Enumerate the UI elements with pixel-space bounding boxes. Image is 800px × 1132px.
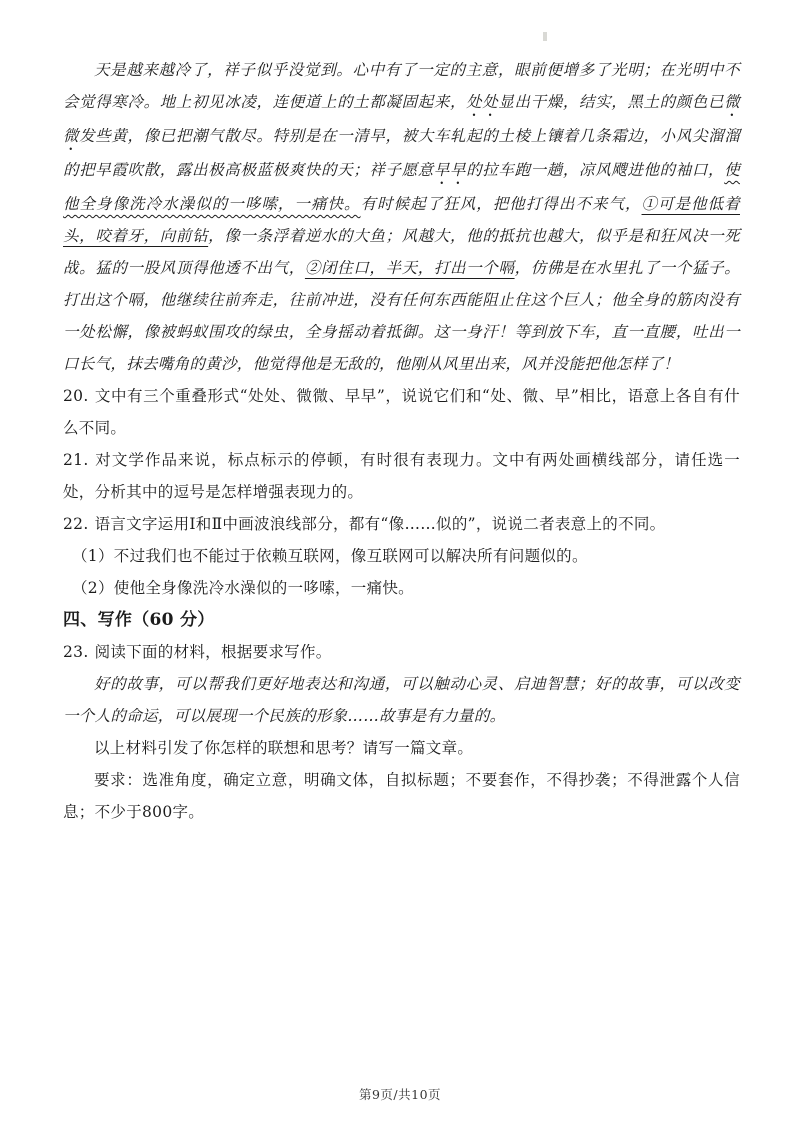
question-21: 21.对文学作品来说，标点标示的停顿，有时很有表现力。文中有两处画横线部分，请任…	[63, 444, 740, 508]
question-20-number: 20.	[63, 387, 95, 405]
passage-segment-dots: 处处	[466, 93, 498, 111]
page-number-footer: 第9页/共10页	[0, 1085, 800, 1103]
passage-paragraph: 天是越来越冷了，祥子似乎没觉到。心中有了一定的主意，眼前便增多了光明；在光明中不…	[63, 54, 740, 380]
question-22: 22.语言文字运用Ⅰ和Ⅱ中画波浪线部分，都有“像……似的”，说说二者表意上的不同…	[63, 508, 740, 540]
passage-segment-plain: 显出干燥，结实，黑土的颜色已	[498, 93, 724, 111]
writing-question: 以上材料引发了你怎样的联想和思考？请写一篇文章。	[63, 732, 740, 764]
question-22-subitem-2: （2）使他全身像洗冷水澡似的一哆嗦，一痛快。	[63, 572, 740, 604]
question-21-number: 21.	[63, 451, 95, 469]
question-23-text: 阅读下面的材料，根据要求写作。	[95, 643, 332, 661]
question-22-number: 22.	[63, 515, 95, 533]
question-22-subitem-1-label: （1）	[72, 547, 114, 565]
question-23: 23.阅读下面的材料，根据要求写作。	[63, 636, 740, 668]
passage-segment-plain: 的拉车跑一趟，凉风飕进他的袖口，	[466, 161, 724, 179]
passage-segment-underline: ②闭住口，半天，打出一个嗝	[305, 259, 515, 277]
section-header-writing: 四、写作（60 分）	[63, 604, 740, 636]
exam-paper-page: 天是越来越冷了，祥子似乎没觉到。心中有了一定的主意，眼前便增多了光明；在光明中不…	[0, 0, 800, 1132]
passage-segment-plain: 有时候起了狂风，把他打得出不来气，	[361, 195, 642, 213]
question-22-subitem-2-label: （2）	[72, 579, 114, 597]
question-20: 20.文中有三个重叠形式“处处、微微、早早”，说说它们和“处、微、早”相比，语意…	[63, 380, 740, 444]
scan-artifact-mark	[543, 32, 547, 41]
passage-segment-dots: 早早	[434, 161, 466, 179]
question-23-number: 23.	[63, 643, 95, 661]
question-22-subitem-1-text: 不过我们也不能过于依赖互联网，像互联网可以解决所有问题似的。	[114, 547, 588, 565]
page-content: 天是越来越冷了，祥子似乎没觉到。心中有了一定的主意，眼前便增多了光明；在光明中不…	[63, 54, 740, 828]
question-22-subitem-2-text: 使他全身像洗冷水澡似的一哆嗦，一痛快。	[114, 579, 414, 597]
question-22-subitem-1: （1）不过我们也不能过于依赖互联网，像互联网可以解决所有问题似的。	[63, 540, 740, 572]
question-20-text: 文中有三个重叠形式“处处、微微、早早”，说说它们和“处、微、早”相比，语意上各自…	[63, 387, 740, 437]
question-22-text: 语言文字运用Ⅰ和Ⅱ中画波浪线部分，都有“像……似的”，说说二者表意上的不同。	[95, 515, 666, 533]
question-21-text: 对文学作品来说，标点标示的停顿，有时很有表现力。文中有两处画横线部分，请任选一处…	[63, 451, 740, 501]
writing-requirements: 要求：选准角度，确定立意，明确文体，自拟标题；不要套作，不得抄袭；不得泄露个人信…	[63, 764, 740, 828]
writing-material: 好的故事，可以帮我们更好地表达和沟通，可以触动心灵、启迪智慧；好的故事，可以改变…	[63, 668, 740, 732]
